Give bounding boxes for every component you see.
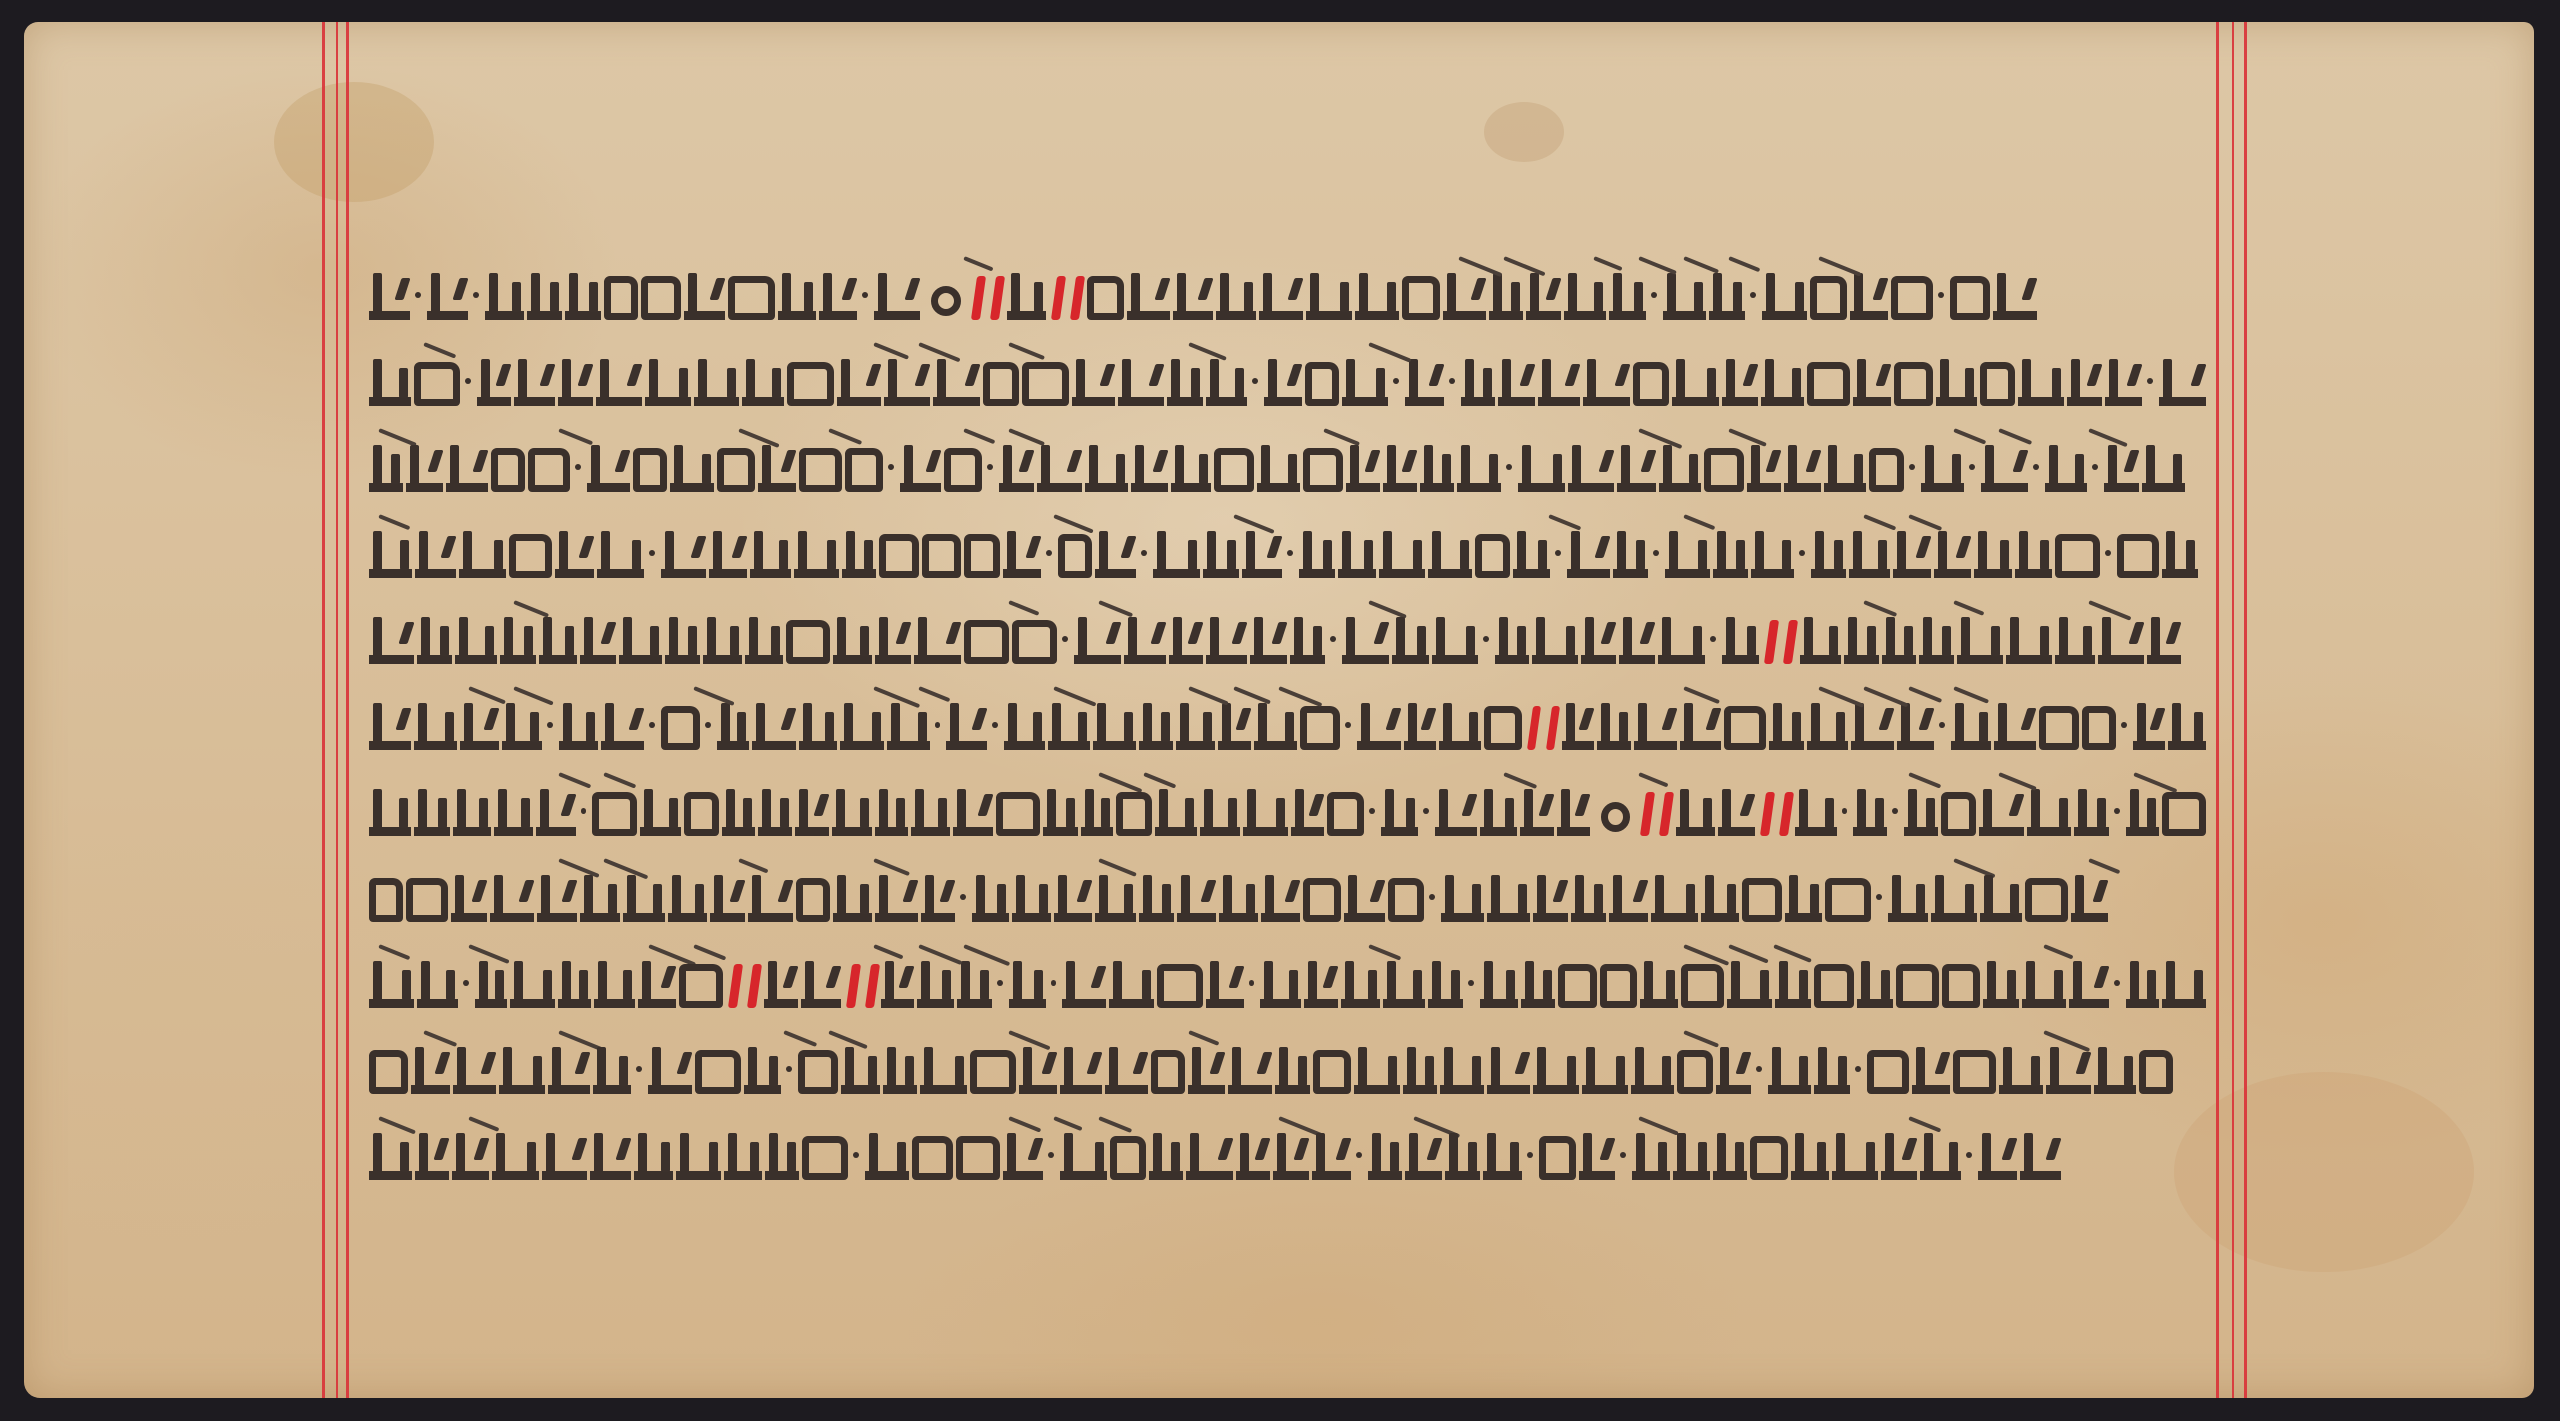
vowel-sign-stroke	[1683, 514, 1715, 530]
script-glyph	[1665, 534, 1710, 578]
vowel-sign-stroke	[1638, 256, 1676, 275]
script-glyph	[2159, 362, 2206, 406]
red-danda-mark	[1764, 620, 1779, 664]
vowel-sign-stroke	[558, 858, 600, 878]
vowel-sign-stroke	[1008, 342, 1045, 360]
script-glyph	[1200, 792, 1239, 836]
visarga-dot	[1506, 464, 1512, 470]
vowel-sign-stroke	[1683, 256, 1719, 274]
script-glyph	[369, 792, 411, 836]
visarga-dot	[1842, 808, 1848, 814]
visarga-dot	[1483, 636, 1489, 642]
visarga-dot	[1710, 636, 1716, 642]
vowel-sign-stroke	[1683, 686, 1719, 704]
stain	[1484, 102, 1564, 162]
visarga-dot	[2147, 378, 2153, 384]
script-glyph	[1264, 362, 1303, 406]
script-glyph	[427, 276, 468, 320]
script-glyph	[640, 792, 681, 836]
script-glyph	[1579, 1136, 1615, 1180]
script-glyph	[1095, 878, 1136, 922]
script-glyph	[1941, 792, 1976, 836]
script-glyph	[1912, 1050, 1950, 1094]
script-glyph	[1489, 276, 1523, 320]
script-glyph	[1581, 620, 1616, 664]
script-glyph	[1007, 276, 1046, 320]
manuscript-line	[369, 1122, 2209, 1180]
visarga-dot	[1651, 292, 1657, 298]
vowel-sign-stroke	[873, 944, 903, 959]
script-glyph	[1722, 362, 1758, 406]
visarga-dot	[1330, 636, 1336, 642]
script-glyph	[1404, 706, 1436, 750]
red-danda-mark	[1527, 706, 1542, 750]
script-glyph	[2006, 620, 2052, 664]
visarga-dot	[1855, 1066, 1861, 1072]
script-glyph	[900, 448, 941, 492]
script-glyph	[1303, 448, 1343, 492]
script-glyph	[1981, 448, 2028, 492]
vowel-sign-stroke	[1053, 1116, 1082, 1131]
script-glyph	[1081, 792, 1114, 836]
script-glyph	[601, 706, 644, 750]
script-glyph	[1484, 706, 1522, 750]
script-glyph	[1869, 448, 1904, 492]
script-glyph	[1216, 276, 1256, 320]
script-glyph	[845, 448, 883, 492]
vowel-sign-stroke	[2133, 772, 2177, 793]
script-glyph	[580, 620, 616, 664]
script-glyph	[1807, 706, 1848, 750]
script-glyph	[1383, 448, 1417, 492]
script-glyph	[475, 964, 508, 1008]
script-glyph	[2045, 448, 2087, 492]
script-glyph	[1305, 362, 1339, 406]
script-glyph	[2098, 620, 2144, 664]
script-glyph	[1761, 362, 1804, 406]
vowel-sign-stroke	[2043, 944, 2074, 960]
visarga-dot	[1756, 1066, 1762, 1072]
script-glyph	[1087, 276, 1124, 320]
script-glyph	[1769, 706, 1804, 750]
script-glyph	[1242, 534, 1282, 578]
script-glyph	[2105, 362, 2142, 406]
script-glyph	[1124, 620, 1166, 664]
red-danda-mark	[1659, 792, 1674, 836]
script-glyph	[832, 792, 872, 836]
script-glyph	[884, 362, 930, 406]
script-glyph	[970, 1050, 1016, 1094]
script-glyph	[1206, 620, 1247, 664]
script-glyph	[1832, 1136, 1878, 1180]
script-glyph	[1171, 448, 1211, 492]
script-glyph	[455, 620, 497, 664]
script-glyph	[1613, 534, 1648, 578]
red-danda-mark	[971, 276, 986, 320]
script-glyph	[983, 362, 1019, 406]
script-glyph	[411, 1050, 450, 1094]
visarga-dot	[1449, 378, 1455, 384]
script-glyph	[1724, 706, 1766, 750]
visarga-dot	[992, 722, 998, 728]
vowel-sign-stroke	[1818, 686, 1864, 708]
script-glyph	[1658, 620, 1705, 664]
script-glyph	[1853, 792, 1887, 836]
script-glyph	[514, 362, 555, 406]
script-glyph	[1228, 1050, 1272, 1094]
script-glyph	[369, 878, 403, 922]
script-glyph	[875, 620, 911, 664]
script-glyph	[1402, 276, 1440, 320]
script-glyph	[1480, 964, 1518, 1008]
vowel-sign-stroke	[1818, 256, 1861, 277]
script-glyph	[1894, 362, 1933, 406]
script-glyph	[1012, 878, 1051, 922]
script-glyph	[1617, 448, 1656, 492]
script-glyph	[1299, 534, 1335, 578]
vowel-sign-stroke	[1188, 1030, 1219, 1046]
script-glyph	[494, 792, 533, 836]
script-glyph	[703, 620, 742, 664]
vowel-sign-stroke	[1683, 944, 1729, 966]
vowel-sign-stroke	[1188, 342, 1226, 361]
vowel-sign-stroke	[1593, 256, 1623, 271]
script-glyph	[1062, 964, 1105, 1008]
script-glyph	[661, 706, 700, 750]
script-glyph	[1487, 878, 1530, 922]
script-glyph	[1312, 1136, 1351, 1180]
manuscript-line	[369, 778, 2209, 836]
script-glyph	[999, 448, 1034, 492]
script-glyph	[865, 1136, 909, 1180]
script-glyph	[369, 1136, 412, 1180]
visarga-dot	[1062, 636, 1068, 642]
script-glyph	[499, 1050, 545, 1094]
script-glyph	[1713, 534, 1748, 578]
vowel-sign-stroke	[1908, 1116, 1941, 1132]
visarga-dot	[547, 722, 553, 728]
script-glyph	[597, 534, 644, 578]
script-glyph	[1313, 1050, 1351, 1094]
script-glyph	[459, 534, 506, 578]
visarga-dot	[1423, 808, 1429, 814]
script-glyph	[1942, 964, 1979, 1008]
script-glyph	[1775, 964, 1811, 1008]
vowel-sign-stroke	[1548, 514, 1581, 531]
script-glyph	[795, 792, 829, 836]
script-glyph	[799, 448, 842, 492]
vowel-sign-stroke	[738, 858, 768, 873]
script-glyph	[1003, 534, 1041, 578]
script-glyph	[1139, 878, 1174, 922]
visarga-dot	[1356, 1152, 1362, 1158]
script-glyph	[920, 1050, 967, 1094]
script-glyph	[1273, 1136, 1309, 1180]
manuscript-line	[369, 606, 2209, 664]
script-glyph	[1888, 878, 1928, 922]
left-margin-rule-3	[346, 22, 349, 1398]
vowel-sign-stroke	[1008, 428, 1045, 446]
script-glyph	[1441, 878, 1484, 922]
script-glyph	[645, 362, 691, 406]
visarga-dot	[862, 292, 868, 298]
vowel-sign-stroke	[963, 944, 1010, 966]
visarga-dot	[786, 1066, 792, 1072]
vowel-sign-stroke	[1998, 772, 2036, 791]
script-glyph	[414, 362, 460, 406]
script-glyph	[953, 792, 993, 836]
visarga-dot	[636, 1066, 642, 1072]
script-glyph	[842, 534, 876, 578]
visarga-dot	[987, 464, 993, 470]
script-glyph	[1461, 362, 1495, 406]
script-glyph	[1785, 878, 1822, 922]
script-glyph	[819, 276, 857, 320]
script-glyph	[728, 276, 775, 320]
script-glyph	[710, 878, 745, 922]
script-glyph	[1392, 620, 1429, 664]
script-glyph	[1405, 362, 1444, 406]
vowel-sign-stroke	[1503, 772, 1537, 789]
script-glyph	[1704, 448, 1744, 492]
script-glyph	[527, 276, 562, 320]
vowel-sign-stroke	[1998, 428, 2032, 445]
script-glyph	[1304, 964, 1338, 1008]
script-glyph	[1300, 706, 1340, 750]
script-glyph	[580, 878, 620, 922]
script-glyph	[684, 792, 719, 836]
vowel-sign-stroke	[1458, 256, 1502, 277]
vowel-sign-stroke	[1863, 686, 1908, 707]
script-glyph	[1953, 1050, 1996, 1094]
visarga-dot	[935, 722, 941, 728]
script-glyph	[1722, 620, 1759, 664]
script-glyph	[1338, 534, 1376, 578]
script-glyph	[2117, 534, 2159, 578]
vowel-sign-stroke	[1098, 858, 1136, 877]
script-glyph	[1979, 792, 2024, 836]
script-glyph	[1659, 448, 1701, 492]
script-glyph	[1060, 1050, 1102, 1094]
script-glyph	[874, 276, 920, 320]
vowel-sign-stroke	[693, 944, 726, 961]
script-glyph	[881, 964, 914, 1008]
script-glyph	[590, 1136, 631, 1180]
script-glyph	[1379, 534, 1425, 578]
vowel-sign-stroke	[378, 428, 416, 447]
script-glyph	[964, 620, 1009, 664]
vowel-sign-stroke	[513, 686, 553, 705]
script-glyph	[1173, 276, 1213, 320]
vowel-sign-stroke	[1863, 514, 1896, 530]
script-glyph	[1403, 1050, 1437, 1094]
script-glyph	[558, 964, 592, 1008]
script-glyph	[1897, 706, 1935, 750]
script-glyph	[841, 1050, 880, 1094]
script-glyph	[1440, 1050, 1484, 1094]
script-glyph	[665, 620, 700, 664]
script-glyph	[502, 706, 542, 750]
script-glyph	[1475, 534, 1510, 578]
script-glyph	[528, 448, 570, 492]
script-glyph	[1186, 1136, 1233, 1180]
script-glyph	[1405, 1136, 1442, 1180]
script-glyph	[619, 620, 662, 664]
script-glyph	[1881, 1136, 1917, 1180]
script-glyph	[1037, 448, 1082, 492]
script-glyph	[1206, 362, 1247, 406]
script-glyph	[1139, 706, 1174, 750]
script-glyph	[1341, 964, 1381, 1008]
visarga-dot	[1653, 550, 1659, 556]
vowel-sign-stroke	[1008, 600, 1040, 616]
script-glyph	[1483, 1136, 1522, 1180]
script-glyph	[1632, 1136, 1670, 1180]
script-glyph	[1383, 964, 1424, 1008]
red-danda-mark	[747, 964, 762, 1008]
visarga-dot	[575, 464, 581, 470]
script-glyph	[2147, 620, 2181, 664]
script-glyph	[1980, 878, 2022, 922]
vowel-sign-stroke	[693, 686, 735, 706]
script-glyph	[1432, 620, 1478, 664]
visarga-dot	[853, 1152, 859, 1158]
script-glyph	[1920, 1136, 1961, 1180]
manuscript-line	[369, 864, 2209, 922]
vowel-sign-stroke	[1143, 772, 1176, 789]
manuscript-line	[369, 434, 2209, 492]
vowel-sign-stroke	[1638, 772, 1668, 787]
script-glyph	[1074, 620, 1121, 664]
visarga-dot	[415, 292, 421, 298]
vowel-sign-stroke	[603, 858, 648, 879]
script-glyph	[2126, 792, 2160, 836]
red-danda-mark	[1783, 620, 1798, 664]
vowel-sign-stroke	[1008, 1116, 1041, 1133]
script-glyph	[1825, 878, 1871, 922]
script-glyph	[1346, 448, 1380, 492]
vowel-sign-stroke	[468, 944, 509, 964]
script-glyph	[957, 964, 993, 1008]
visarga-dot	[1369, 808, 1375, 814]
script-glyph	[2162, 534, 2198, 578]
script-glyph	[2069, 964, 2109, 1008]
script-glyph	[1250, 620, 1287, 664]
script-glyph	[1445, 1136, 1480, 1180]
script-glyph	[786, 620, 830, 664]
script-glyph	[1381, 792, 1418, 836]
vowel-sign-stroke	[828, 428, 862, 445]
vowel-sign-stroke	[1638, 428, 1682, 449]
script-glyph	[679, 964, 723, 1008]
script-glyph	[1435, 792, 1477, 836]
script-glyph	[748, 878, 793, 922]
visarga-dot	[1527, 1152, 1533, 1158]
script-glyph	[417, 620, 452, 664]
visarga-dot	[1046, 550, 1052, 556]
visarga-dot	[1799, 550, 1805, 556]
script-glyph	[1054, 878, 1092, 922]
script-glyph	[1558, 964, 1597, 1008]
script-glyph	[1742, 878, 1782, 922]
script-glyph	[559, 706, 598, 750]
script-glyph	[972, 878, 1009, 922]
script-glyph	[1344, 878, 1385, 922]
script-glyph	[1290, 620, 1325, 664]
script-glyph	[1747, 448, 1781, 492]
script-glyph	[695, 1050, 741, 1094]
script-glyph	[2027, 792, 2071, 836]
script-glyph	[921, 878, 955, 922]
script-glyph	[796, 878, 830, 922]
right-margin-rule-1	[2216, 22, 2219, 1398]
script-glyph	[676, 1136, 721, 1180]
script-glyph	[2082, 706, 2117, 750]
visarga-dot	[1966, 1152, 1972, 1158]
script-glyph	[369, 362, 411, 406]
manuscript-line	[369, 692, 2209, 750]
script-glyph	[1153, 534, 1200, 578]
red-danda-mark	[846, 964, 861, 1008]
script-glyph	[765, 1136, 799, 1180]
script-glyph	[2071, 878, 2108, 922]
script-glyph	[1167, 362, 1203, 406]
visarga-dot	[705, 722, 711, 728]
visarga-dot	[1555, 550, 1561, 556]
script-glyph	[509, 534, 552, 578]
script-glyph	[1609, 276, 1646, 320]
visarga-dot	[649, 550, 655, 556]
script-glyph	[1567, 534, 1610, 578]
script-glyph	[417, 964, 457, 1008]
script-glyph	[802, 1136, 848, 1180]
script-glyph	[956, 1136, 1000, 1180]
script-glyph	[490, 878, 534, 922]
script-glyph	[1188, 1050, 1225, 1094]
circle-mark	[931, 286, 961, 316]
script-glyph	[742, 362, 784, 406]
script-glyph	[558, 362, 593, 406]
left-margin-rule-2	[336, 22, 338, 1398]
script-glyph	[724, 1136, 762, 1180]
right-margin-rule-2	[2232, 22, 2234, 1398]
script-glyph	[1354, 1050, 1400, 1094]
visarga-dot	[1620, 1152, 1626, 1158]
script-glyph	[414, 792, 449, 836]
script-glyph	[1811, 534, 1846, 578]
script-glyph	[1673, 1136, 1710, 1180]
vowel-sign-stroke	[1953, 686, 1989, 703]
script-glyph	[1677, 1050, 1713, 1094]
script-glyph	[1149, 1136, 1183, 1180]
script-glyph	[1236, 1136, 1270, 1180]
visarga-dot	[2092, 464, 2098, 470]
visarga-dot	[1345, 722, 1351, 728]
script-glyph	[787, 362, 834, 406]
script-glyph	[1526, 276, 1561, 320]
script-glyph	[1093, 706, 1136, 750]
script-glyph	[1950, 276, 1990, 320]
script-glyph	[1896, 964, 1940, 1008]
script-glyph	[1824, 448, 1866, 492]
script-glyph	[1388, 878, 1424, 922]
script-glyph	[1127, 276, 1170, 320]
visarga-dot	[1938, 292, 1944, 298]
script-glyph	[745, 620, 783, 664]
script-glyph	[1058, 534, 1092, 578]
stain	[274, 82, 434, 202]
script-glyph	[1582, 1050, 1628, 1094]
